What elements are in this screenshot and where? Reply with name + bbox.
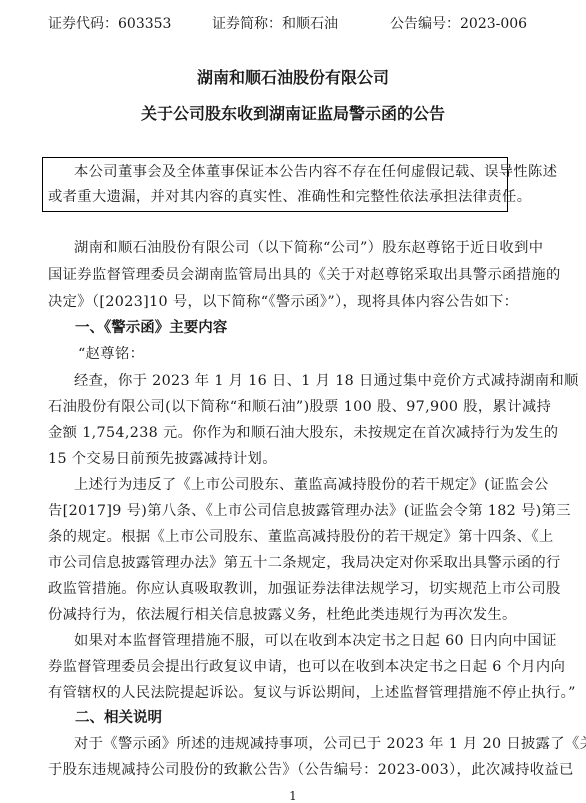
violation-line: 条的规定。根据《上市公司股东、董监高减持股份的若干规定》第十四条、《上 (48, 527, 508, 547)
findings-line: 经查，你于 2023 年 1 月 16 日、1 月 18 日通过集中竞价方式减持… (74, 371, 534, 391)
findings-line: 15 个交易日前预先披露减持计划。 (48, 449, 508, 469)
violation-line: 份减持行为，依法履行相关信息披露义务，杜绝此类违规行为再次发生。 (48, 605, 508, 625)
company-title: 湖南和顺石油股份有限公司 (0, 67, 586, 89)
stock-abbreviation: 证券简称：和顺石油 (212, 14, 338, 34)
appeal-line: 券监督管理委员会提出行政复议申请，也可以在收到本决定书之日起 6 个月内向 (48, 657, 508, 677)
findings-line: 石油股份有限公司(以下简称“和顺石油”)股票 100 股、97,900 股，累计… (48, 397, 508, 417)
announcement-number: 公告编号：2023-006 (390, 14, 527, 34)
salutation: “赵尊铭： (78, 344, 538, 364)
appeal-line: 如果对本监督管理措施不服，可以在收到本决定书之日起 60 日内向中国证 (74, 631, 534, 651)
intro-line: 国证券监督管理委员会湖南监管局出具的《关于对赵尊铭采取出具警示函措施的 (48, 265, 508, 285)
page-number: 1 (0, 788, 586, 803)
section-heading-2: 二、相关说明 (75, 708, 162, 728)
violation-line: 政监管措施。你应认真吸取教训，加强证券法律法规学习，切实规范上市公司股 (48, 579, 508, 599)
stock-code: 证券代码：603353 (48, 14, 171, 34)
explain-line: 于股东违规减持公司股份的致歉公告》（公告编号：2023-003），此次减持收益已 (48, 760, 508, 780)
violation-line: 上述行为违反了《上市公司股东、董监高减持股份的若干规定》(证监会公 (74, 475, 534, 495)
appeal-line: 有管辖权的人民法院提起诉讼。复议与诉讼期间，上述监督管理措施不停止执行。” (48, 683, 508, 703)
intro-line: 湖南和顺石油股份有限公司（以下简称“公司”）股东赵尊铭于近日收到中 (74, 238, 534, 258)
disclaimer-line: 本公司董事会及全体董事保证本公告内容不存在任何虚假记载、误导性陈述 (74, 162, 534, 182)
intro-line: 决定》（[2023]10 号，以下简称“《警示函》”），现将具体内容公告如下： (48, 292, 508, 312)
findings-line: 金额 1,754,238 元。你作为和顺石油大股东，未按规定在首次减持行为发生的 (48, 423, 508, 443)
explain-line: 对于《警示函》所述的违规减持事项，公司已于 2023 年 1 月 20 日披露了… (74, 734, 534, 754)
disclaimer-line: 或者重大遗漏，并对其内容的真实性、准确性和完整性依法承担法律责任。 (48, 187, 508, 207)
violation-line: 告[2017]9 号)第八条、《上市公司信息披露管理办法》(证监会令第 182 … (48, 501, 508, 521)
violation-line: 市公司信息披露管理办法》第五十二条规定，我局决定对你采取出具警示函的行 (48, 553, 508, 573)
announcement-title: 关于公司股东收到湖南证监局警示函的公告 (0, 103, 586, 125)
section-heading-1: 一、《警示函》主要内容 (75, 318, 227, 338)
